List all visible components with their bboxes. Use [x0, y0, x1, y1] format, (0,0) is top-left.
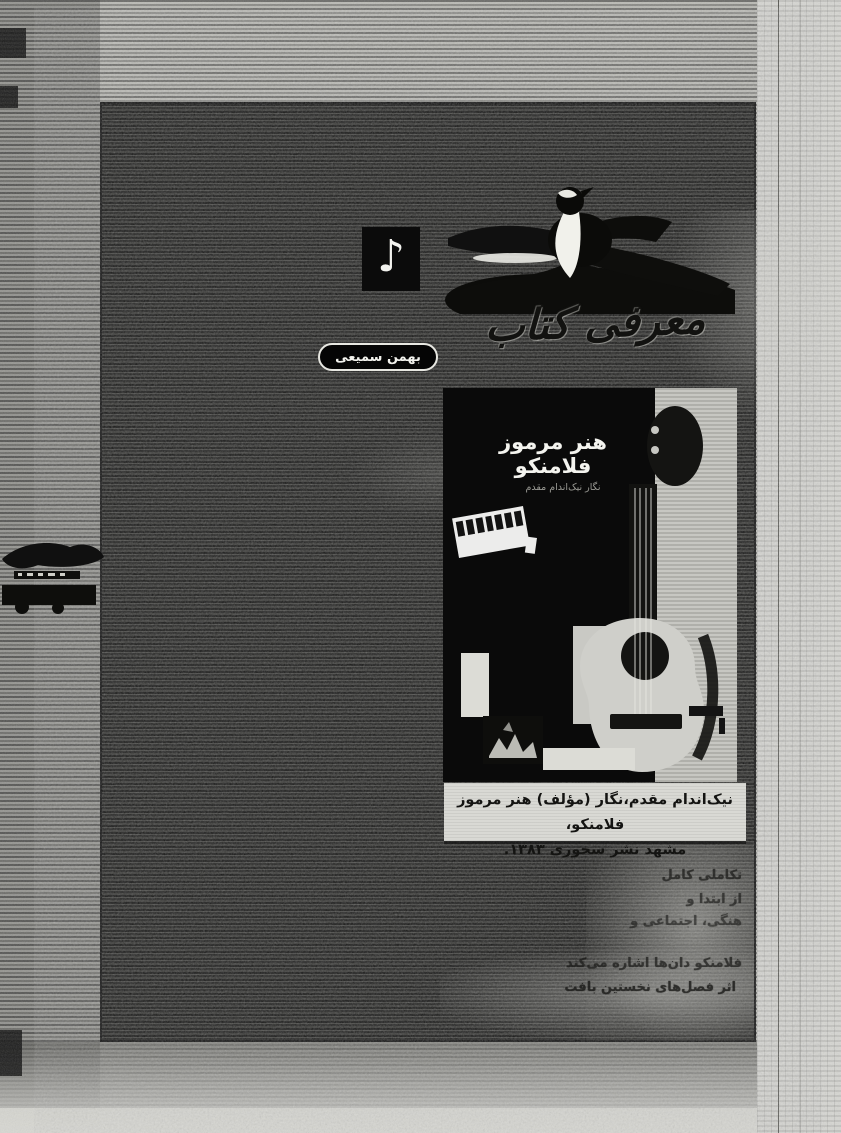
caption-line-1: نیک‌اندام مقدم،نگار (مؤلف) هنر مرموز فلا…: [454, 788, 736, 838]
caption-line-2: مشهد نشر سحوری ۱۳۸۳.: [454, 838, 736, 863]
section-title-calligraphy: معرفی کتاب: [454, 293, 736, 379]
music-note-icon: ♪: [377, 235, 405, 279]
cover-photo-patch: [483, 716, 543, 764]
body-fragment: تکاملی کامل: [662, 868, 742, 883]
body-fragment: از ابتدا و: [686, 892, 742, 907]
cover-small-mark: [689, 706, 723, 716]
cover-title: هنر مرموز فلامنکو: [467, 430, 639, 478]
cover-small-mark: [719, 718, 725, 734]
cover-white-step: [543, 748, 635, 770]
author-badge: بهمن سمیعی: [318, 343, 438, 371]
margin-stamp-ornament: [0, 533, 108, 619]
book-cover: هنر مرموز فلامنکو نگار نیک‌اندام مقدم: [443, 388, 737, 782]
cover-white-block: [461, 653, 489, 717]
bibliographic-caption: نیک‌اندام مقدم،نگار (مؤلف) هنر مرموز فلا…: [444, 783, 746, 841]
section-music-note-box: ♪: [362, 227, 420, 291]
cover-byline: نگار نیک‌اندام مقدم: [503, 482, 623, 493]
scanned-magazine-page: ♪ معرفی کتاب بهمن سمیعی: [0, 0, 841, 1133]
body-fragment: اثر فصل‌های نخستین بافت: [564, 980, 736, 995]
body-fragment: فلامنکو دان‌ها اشاره می‌کند: [566, 956, 742, 971]
body-fragment: هنگی، اجتماعی و: [630, 914, 742, 929]
